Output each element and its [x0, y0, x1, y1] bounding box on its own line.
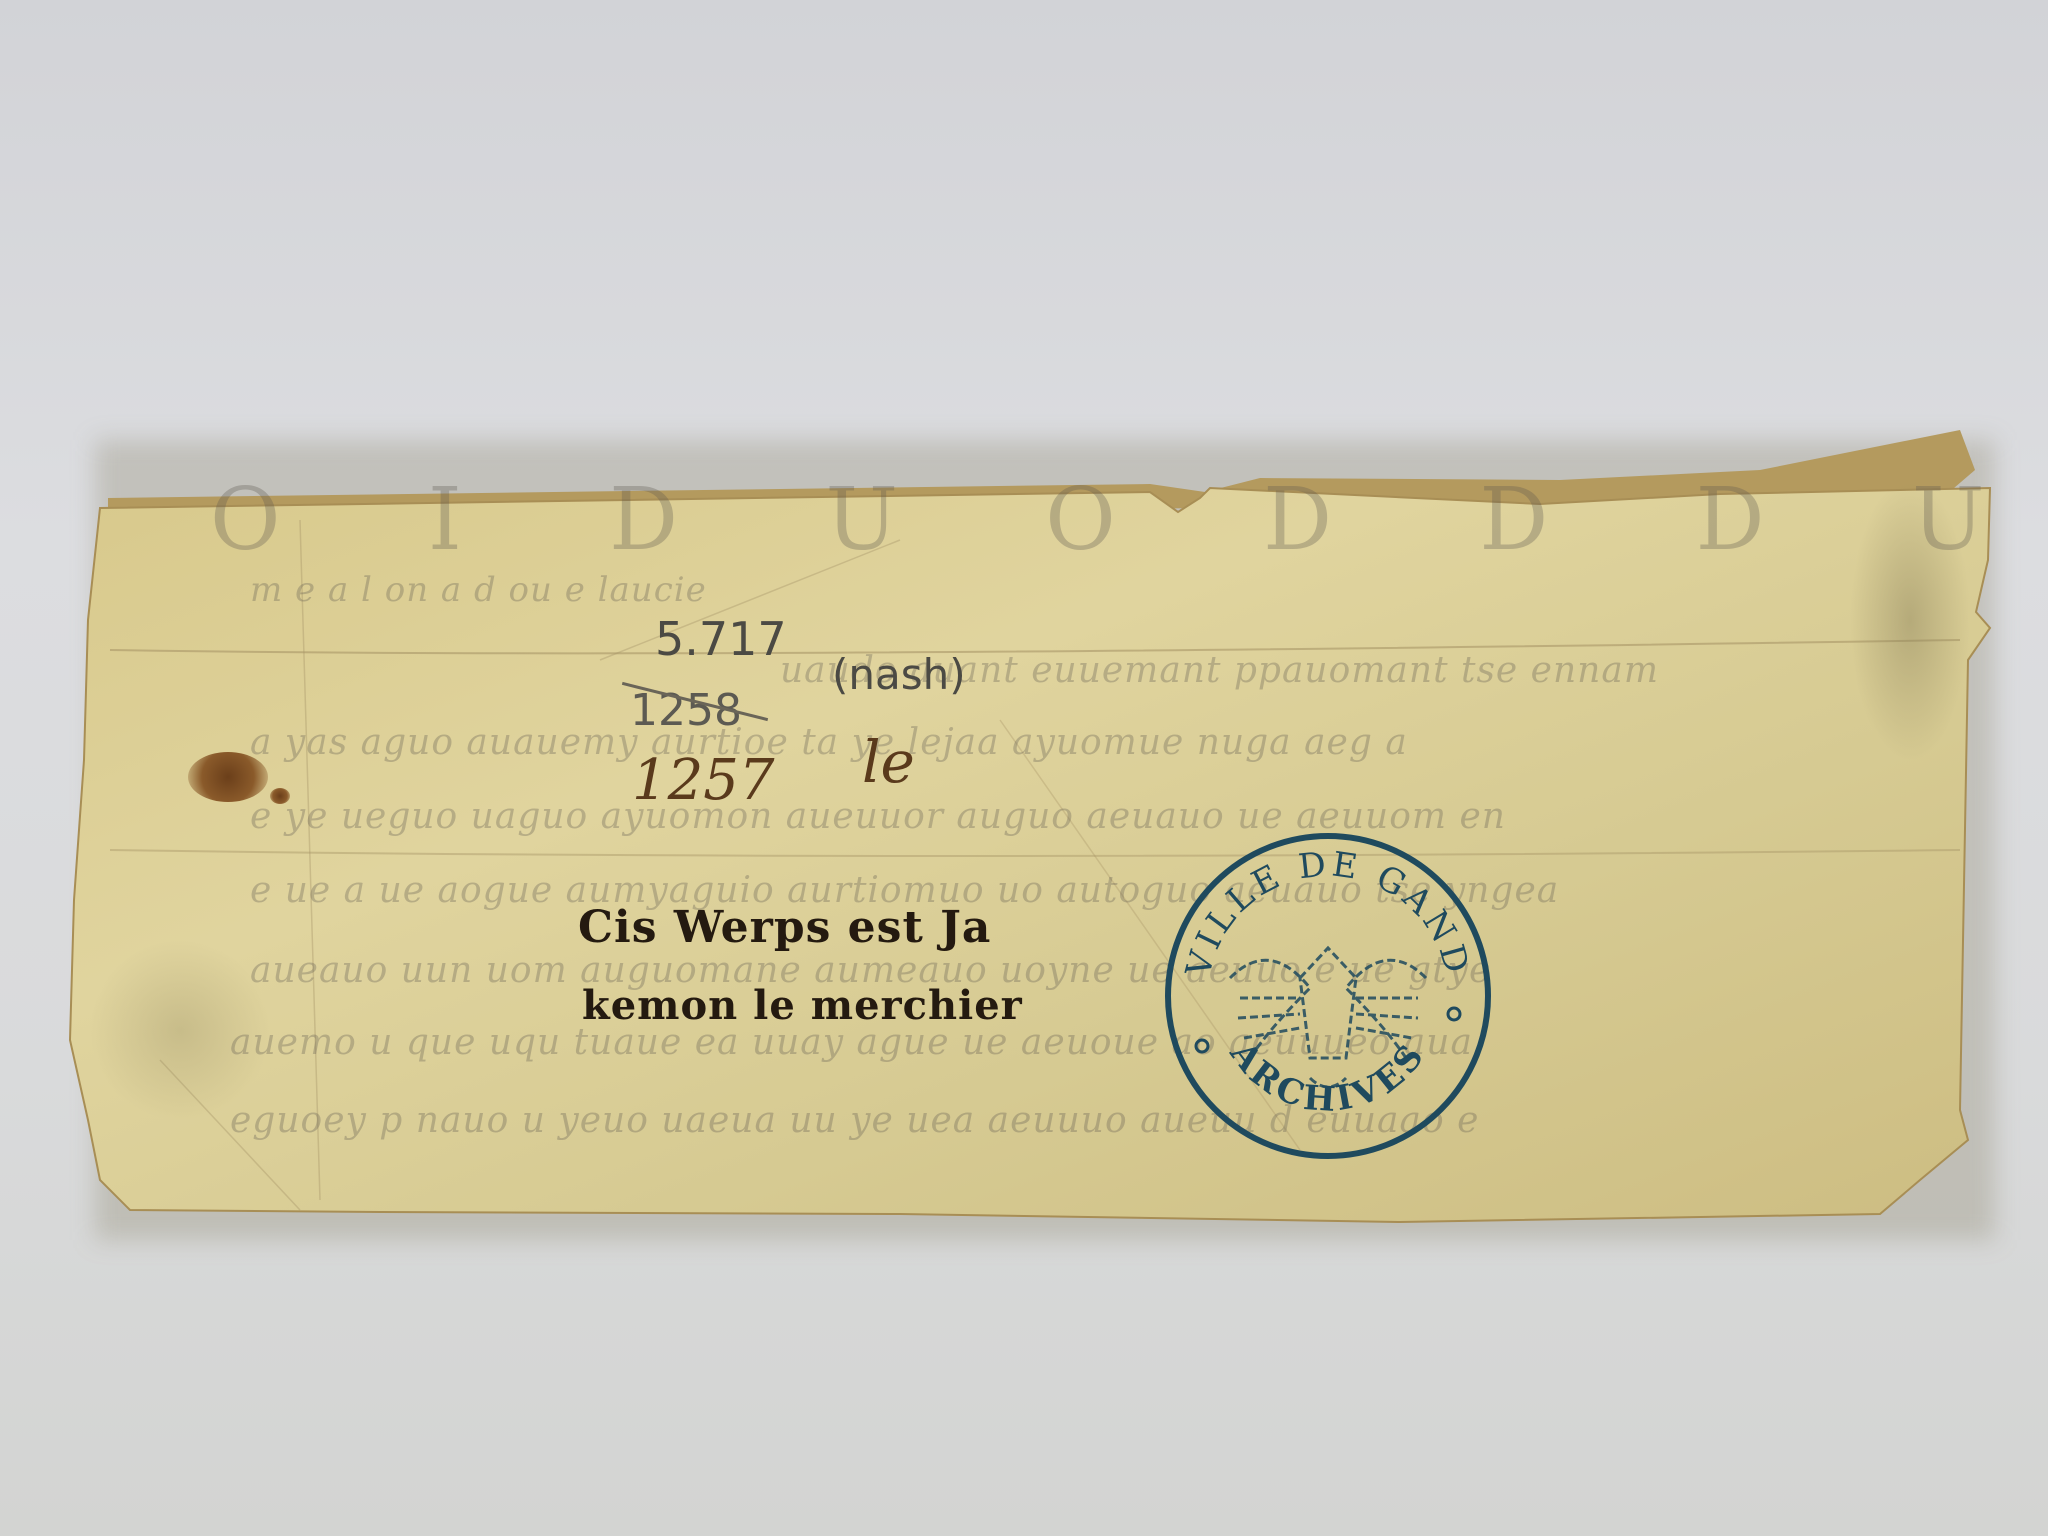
ink-fragment: le: [862, 728, 915, 796]
pencil-note: (nash): [832, 650, 966, 699]
ink-year: 1257: [632, 748, 775, 813]
dorsal-note-line-2: kemon le merchier: [582, 982, 1023, 1029]
parchment-sheet: [0, 0, 2048, 1536]
stamp-top-text: VILLE DE GAND: [1178, 844, 1477, 982]
archive-stamp: VILLE DE GAND ARCHIVES: [1160, 828, 1496, 1164]
ghost-text-line: m e a l on a d ou e laucie: [250, 570, 707, 610]
dorsal-note-line-1: Cis Werps est Ja: [578, 902, 991, 953]
ghost-text-top-letters: O I D U O D D D U N O: [210, 470, 2048, 570]
pencil-inventory-number: 5.717: [655, 612, 787, 666]
ghost-text-line: a yas aguo auauemy aurtioe ta ye lejaa a…: [250, 722, 1408, 763]
stamp-bottom-text: ARCHIVES: [1221, 1034, 1434, 1121]
